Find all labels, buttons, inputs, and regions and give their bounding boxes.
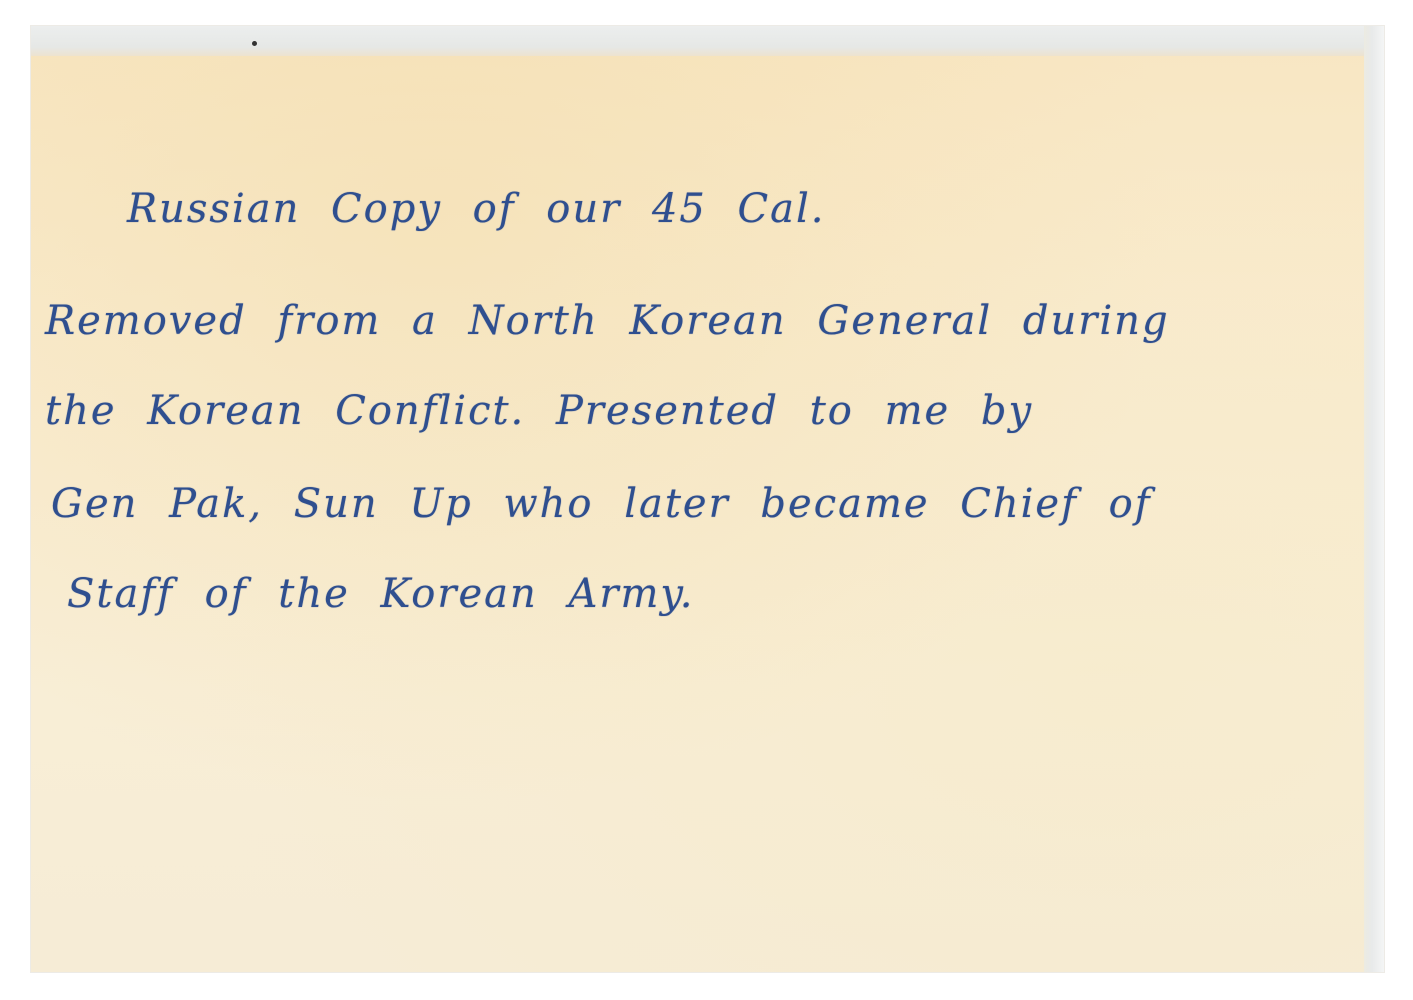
top-edge-strip bbox=[31, 26, 1384, 56]
note-paper: Russian Copy of our 45 Cal. Removed from… bbox=[31, 26, 1384, 972]
handwritten-line-3: the Korean Conflict. Presented to me by bbox=[45, 388, 1033, 434]
scanned-page: Russian Copy of our 45 Cal. Removed from… bbox=[0, 0, 1413, 1000]
right-edge-strip bbox=[1364, 26, 1384, 972]
handwritten-line-1: Russian Copy of our 45 Cal. bbox=[127, 186, 826, 232]
handwritten-line-5: Staff of the Korean Army. bbox=[67, 571, 694, 617]
handwritten-line-4: Gen Pak, Sun Up who later became Chief o… bbox=[51, 481, 1152, 527]
handwritten-line-2: Removed from a North Korean General duri… bbox=[45, 298, 1170, 344]
ink-dot-mark bbox=[252, 41, 257, 46]
